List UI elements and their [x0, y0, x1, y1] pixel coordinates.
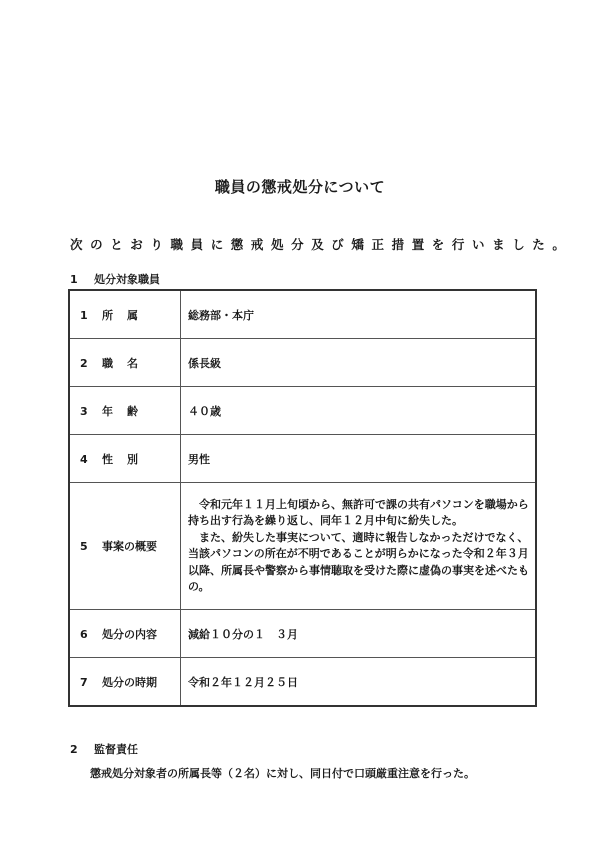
table-row: 6処分の内容 減給１０分の１ ３月 [69, 610, 536, 658]
label-char: 所 [102, 309, 113, 322]
row-number: 5 [80, 540, 102, 553]
table-row: 2職名 係長級 [69, 339, 536, 387]
label-char: 名 [127, 357, 138, 370]
label-char: 性 [102, 453, 113, 466]
row-number: 2 [80, 357, 102, 370]
label-text: 事案の概要 [102, 540, 157, 553]
summary-paragraph: 令和元年１１月上旬頃から、無許可で課の共有パソコンを職場から持ち出す行為を繰り返… [188, 497, 529, 530]
row-number: 4 [80, 453, 102, 466]
row-label: 6処分の内容 [69, 610, 181, 658]
row-number: 1 [80, 309, 102, 322]
row-number: 6 [80, 628, 102, 641]
case-summary-value: 令和元年１１月上旬頃から、無許可で課の共有パソコンを職場から持ち出す行為を繰り返… [181, 483, 537, 610]
gender-value: 男性 [181, 435, 537, 483]
label-text: 処分の時期 [102, 676, 157, 689]
table-row: 3年齢 ４０歳 [69, 387, 536, 435]
row-label: 3年齢 [69, 387, 181, 435]
row-number: 3 [80, 405, 102, 418]
disciplinary-info-table: 1所属 総務部・本庁 2職名 係長級 3年齢 ４０歳 4性別 男性 5事案の概要… [68, 289, 537, 707]
section-title: 処分対象職員 [94, 273, 160, 286]
section-1-heading: 1処分対象職員 [70, 271, 160, 287]
table-row: 7処分の時期 令和２年１２月２５日 [69, 658, 536, 707]
table-row: 5事案の概要 令和元年１１月上旬頃から、無許可で課の共有パソコンを職場から持ち出… [69, 483, 536, 610]
row-label: 7処分の時期 [69, 658, 181, 707]
label-char: 齢 [127, 405, 138, 418]
affiliation-value: 総務部・本庁 [181, 290, 537, 339]
intro-text: 次のとおり職員に懲戒処分及び矯正措置を行いました。 [70, 235, 573, 253]
row-number: 7 [80, 676, 102, 689]
label-text: 処分の内容 [102, 628, 157, 641]
table-row: 1所属 総務部・本庁 [69, 290, 536, 339]
row-label: 5事案の概要 [69, 483, 181, 610]
penalty-date-value: 令和２年１２月２５日 [181, 658, 537, 707]
table-row: 4性別 男性 [69, 435, 536, 483]
summary-paragraph: また、紛失した事実について、適時に報告しなかっただけでなく、当該パソコンの所在が… [188, 530, 529, 596]
position-value: 係長級 [181, 339, 537, 387]
section-2-heading: 2監督責任 [70, 741, 138, 757]
section-number: 2 [70, 743, 94, 756]
age-value: ４０歳 [181, 387, 537, 435]
row-label: 1所属 [69, 290, 181, 339]
label-char: 年 [102, 405, 113, 418]
document-title: 職員の懲戒処分について [0, 176, 600, 197]
row-label: 4性別 [69, 435, 181, 483]
label-char: 属 [127, 309, 138, 322]
penalty-content-value: 減給１０分の１ ３月 [181, 610, 537, 658]
section-number: 1 [70, 273, 94, 286]
section-title: 監督責任 [94, 743, 138, 756]
label-char: 別 [127, 453, 138, 466]
label-char: 職 [102, 357, 113, 370]
row-label: 2職名 [69, 339, 181, 387]
supervisory-responsibility-text: 懲戒処分対象者の所属長等（２名）に対し、同日付で口頭厳重注意を行った。 [90, 765, 475, 781]
